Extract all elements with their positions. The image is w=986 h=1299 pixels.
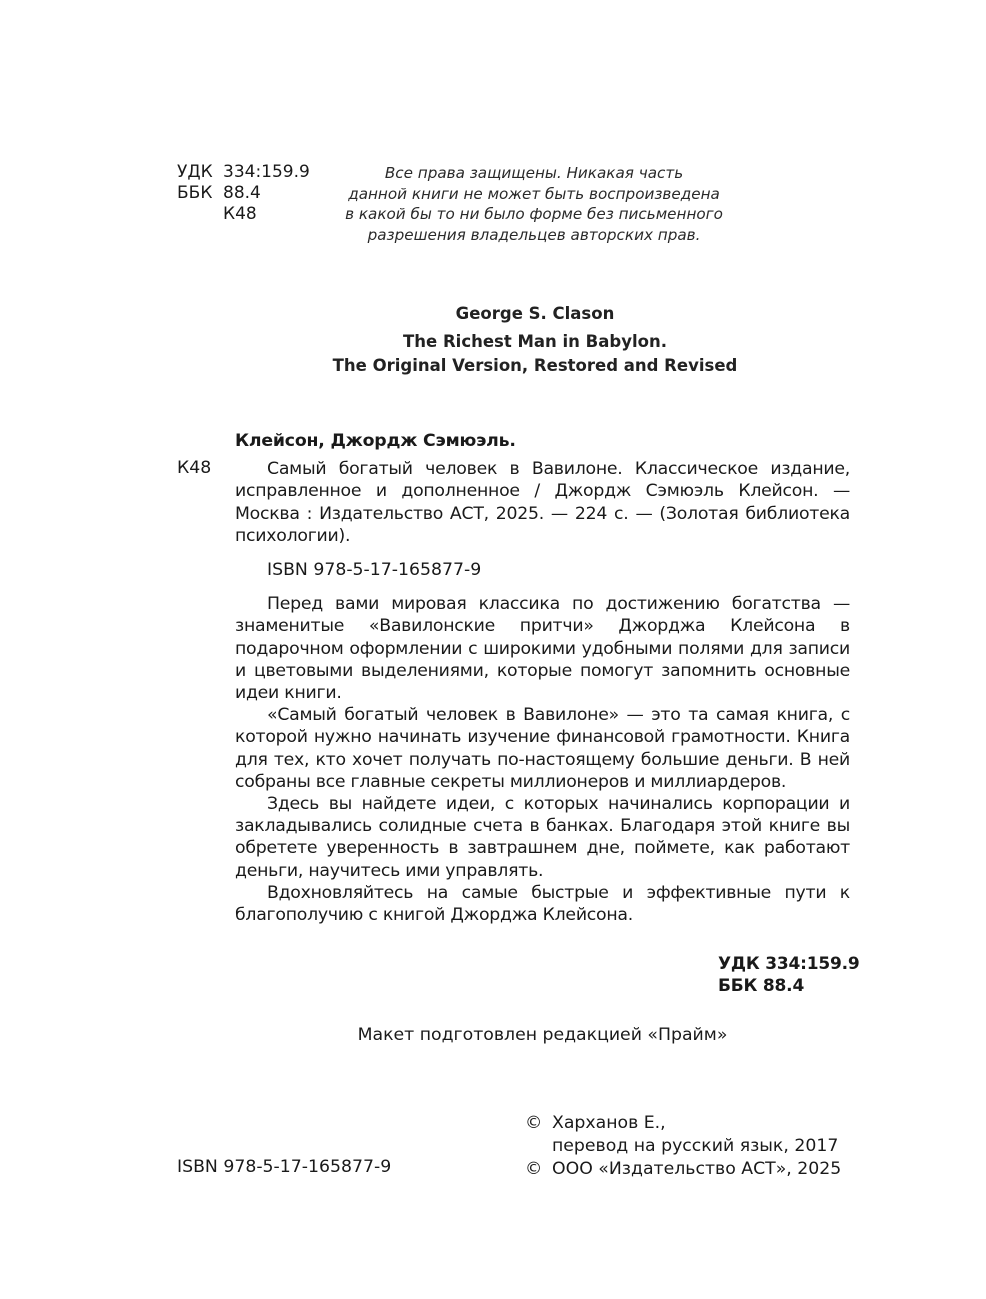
original-title-line: The Richest Man in Babylon.	[320, 330, 750, 354]
rights-notice: Все права защищены. Никакая часть данной…	[330, 163, 738, 245]
copyright-text: Харханов Е.,	[552, 1112, 666, 1135]
bib-bbk: ББК 88.4	[718, 975, 860, 997]
copyright-text: перевод на русский язык, 2017	[552, 1135, 838, 1158]
bib-author-mark: К48	[177, 458, 211, 478]
copyright-text: ООО «Издательство АСТ», 2025	[552, 1158, 841, 1181]
copyright-icon: ©	[525, 1112, 552, 1135]
annotation-paragraph: Перед вами мировая классика по достижени…	[235, 593, 850, 704]
annotation-paragraph: Здесь вы найдете идеи, с которых начинал…	[235, 793, 850, 882]
rights-line: в какой бы то ни было форме без письменн…	[330, 204, 738, 225]
original-title-block: George S. Clason The Richest Man in Baby…	[320, 302, 750, 378]
bib-udk: УДК 334:159.9	[718, 953, 860, 975]
copyright-icon: ©	[525, 1158, 552, 1181]
rights-line: Все права защищены. Никакая часть	[330, 163, 738, 184]
footer-isbn: ISBN 978-5-17-165877-9	[177, 1157, 391, 1177]
copyright-block: ©Харханов Е., перевод на русский язык, 2…	[525, 1112, 841, 1181]
annotation-paragraph: Вдохновляйтесь на самые быстрые и эффект…	[235, 882, 850, 926]
udk-value: 334:159.9	[223, 162, 310, 183]
bbk-label: ББК	[177, 183, 223, 204]
annotation-paragraph: «Самый богатый человек в Вавилоне» — это…	[235, 704, 850, 793]
bib-author-heading: Клейсон, Джордж Сэмюэль.	[235, 430, 850, 452]
bibliographic-record: Клейсон, Джордж Сэмюэль. Самый богатый ч…	[235, 430, 850, 926]
rights-line: разрешения владельцев авторских прав.	[330, 225, 738, 246]
original-title-line: The Original Version, Restored and Revis…	[320, 354, 750, 378]
bib-isbn: ISBN 978-5-17-165877-9	[235, 559, 850, 581]
layout-credit: Макет подготовлен редакцией «Прайм»	[170, 1025, 915, 1045]
bib-description: Самый богатый человек в Вавилоне. Класси…	[235, 458, 850, 547]
udk-label: УДК	[177, 162, 223, 183]
classification-codes: УДК334:159.9 ББК88.4 К48	[177, 162, 310, 225]
rights-line: данной книги не может быть воспроизведен…	[330, 184, 738, 205]
original-author: George S. Clason	[320, 302, 750, 326]
bib-classification: УДК 334:159.9 ББК 88.4	[718, 953, 860, 997]
bbk-value: 88.4	[223, 183, 261, 204]
author-mark: К48	[223, 204, 257, 225]
